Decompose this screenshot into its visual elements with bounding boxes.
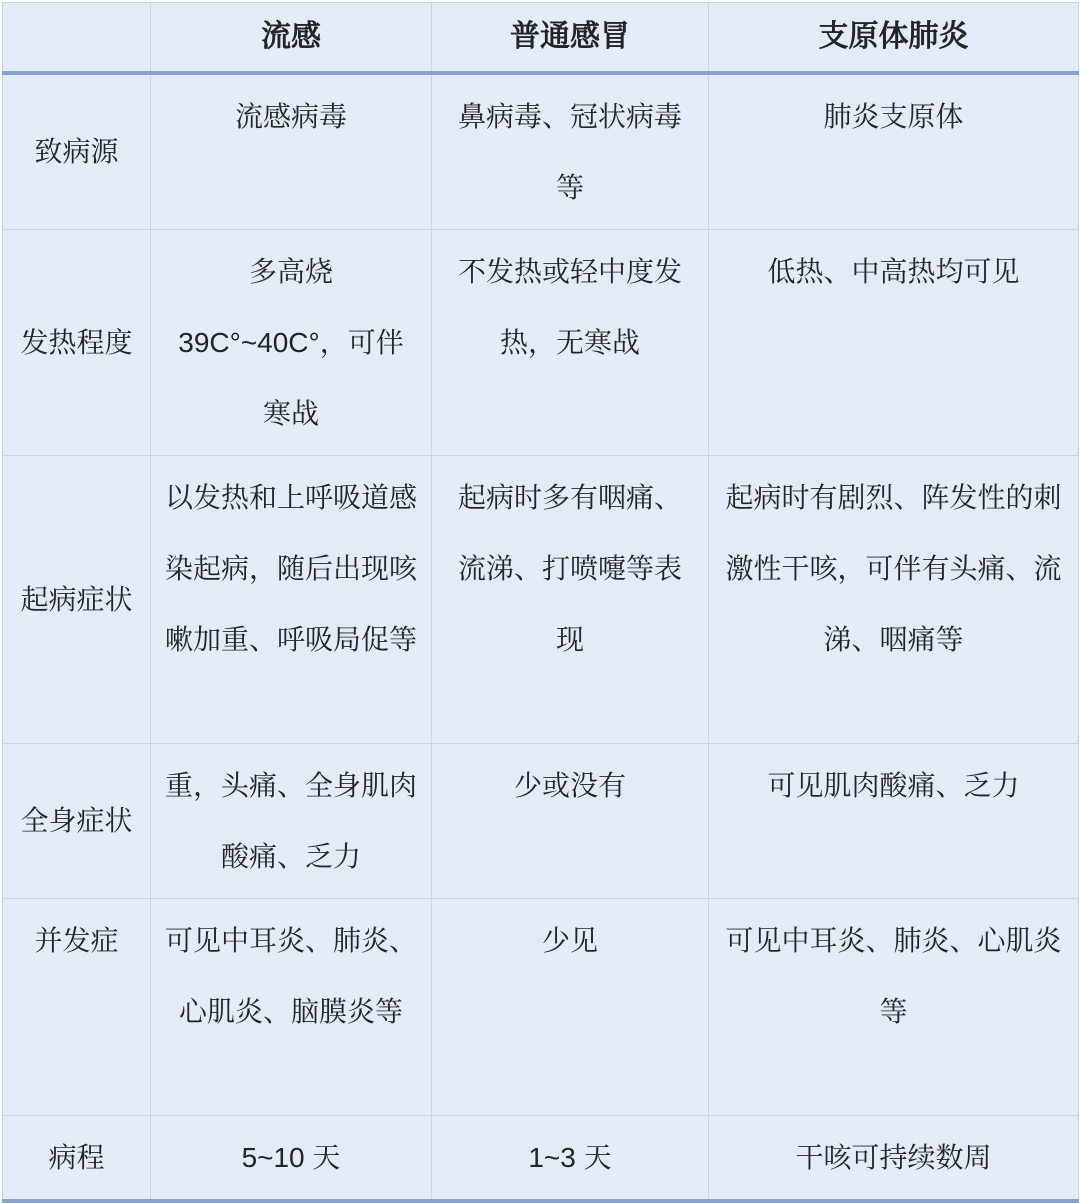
cell-systemic-common-cold: 少或没有 [432, 743, 709, 898]
cell-course-mycoplasma: 干咳可持续数周 [709, 1115, 1079, 1201]
cell-complications-flu: 可见中耳炎、肺炎、心肌炎、脑膜炎等 [151, 898, 432, 1115]
cell-systemic-mycoplasma: 可见肌肉酸痛、乏力 [709, 743, 1079, 898]
row-label-disease-course: 病程 [3, 1115, 151, 1201]
cell-onset-flu: 以发热和上呼吸道感染起病，随后出现咳嗽加重、呼吸局促等 [151, 455, 432, 743]
row-label-systemic-symptoms: 全身症状 [3, 743, 151, 898]
page: 流感 普通感冒 支原体肺炎 致病源 流感病毒 鼻病毒、冠状病毒等 肺炎支原体 发… [0, 0, 1080, 1091]
cell-course-flu: 5~10 天 [151, 1115, 432, 1201]
cell-onset-common-cold: 起病时多有咽痛、流涕、打喷嚏等表现 [432, 455, 709, 743]
cell-fever-flu: 多高烧 39C°~40C°，可伴寒战 [151, 229, 432, 455]
row-label-fever-degree: 发热程度 [3, 229, 151, 455]
column-header-flu: 流感 [151, 3, 432, 73]
table-row-systemic-symptoms: 全身症状 重，头痛、全身肌肉酸痛、乏力 少或没有 可见肌肉酸痛、乏力 [3, 743, 1079, 898]
cell-onset-mycoplasma: 起病时有剧烈、阵发性的刺激性干咳，可伴有头痛、流涕、咽痛等 [709, 455, 1079, 743]
row-label-onset-symptoms: 起病症状 [3, 455, 151, 743]
cell-fever-mycoplasma: 低热、中高热均可见 [709, 229, 1079, 455]
row-label-complications: 并发症 [3, 898, 151, 1115]
column-header-common-cold: 普通感冒 [432, 3, 709, 73]
cell-fever-common-cold: 不发热或轻中度发热，无寒战 [432, 229, 709, 455]
cell-pathogen-mycoplasma: 肺炎支原体 [709, 73, 1079, 230]
cell-complications-mycoplasma: 可见中耳炎、肺炎、心肌炎等 [709, 898, 1079, 1115]
row-label-pathogen: 致病源 [3, 73, 151, 230]
column-header-mycoplasma-pneumonia: 支原体肺炎 [709, 3, 1079, 73]
table-row-complications: 并发症 可见中耳炎、肺炎、心肌炎、脑膜炎等 少见 可见中耳炎、肺炎、心肌炎等 [3, 898, 1079, 1115]
cell-course-common-cold: 1~3 天 [432, 1115, 709, 1201]
cell-complications-common-cold: 少见 [432, 898, 709, 1115]
table-row-disease-course: 病程 5~10 天 1~3 天 干咳可持续数周 [3, 1115, 1079, 1201]
cell-pathogen-flu: 流感病毒 [151, 73, 432, 230]
header-row: 流感 普通感冒 支原体肺炎 [3, 3, 1079, 73]
corner-header-cell [3, 3, 151, 73]
table-row-onset-symptoms: 起病症状 以发热和上呼吸道感染起病，随后出现咳嗽加重、呼吸局促等 起病时多有咽痛… [3, 455, 1079, 743]
comparison-table: 流感 普通感冒 支原体肺炎 致病源 流感病毒 鼻病毒、冠状病毒等 肺炎支原体 发… [2, 2, 1079, 1203]
table-row-pathogen: 致病源 流感病毒 鼻病毒、冠状病毒等 肺炎支原体 [3, 73, 1079, 230]
cell-systemic-flu: 重，头痛、全身肌肉酸痛、乏力 [151, 743, 432, 898]
cell-pathogen-common-cold: 鼻病毒、冠状病毒等 [432, 73, 709, 230]
table-row-fever-degree: 发热程度 多高烧 39C°~40C°，可伴寒战 不发热或轻中度发热，无寒战 低热… [3, 229, 1079, 455]
